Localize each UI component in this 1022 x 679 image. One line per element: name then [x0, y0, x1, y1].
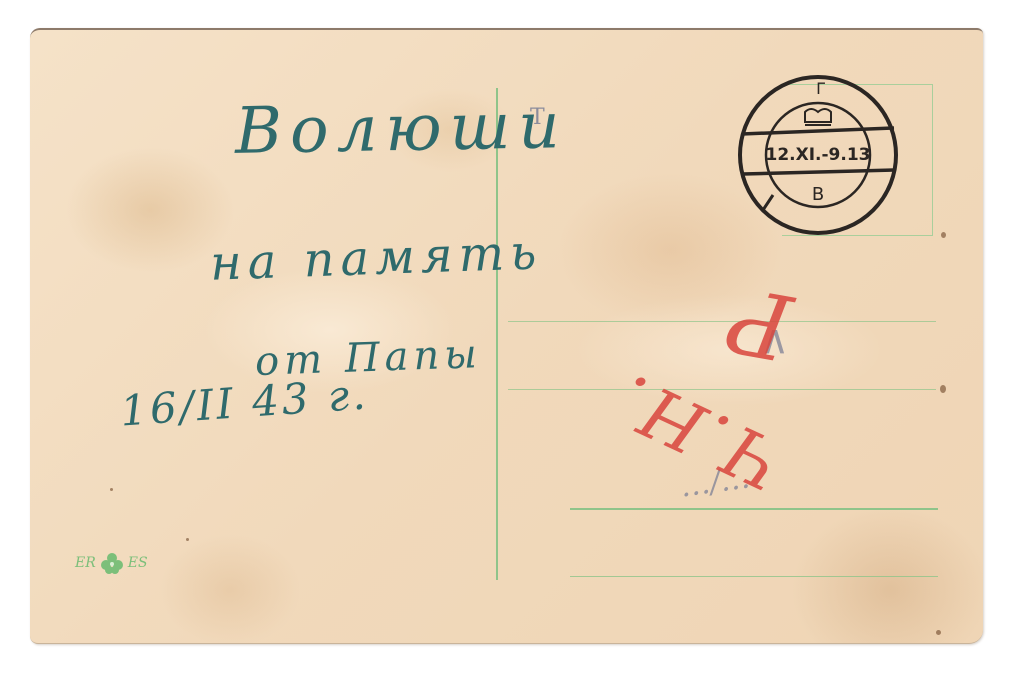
flower-icon — [100, 551, 124, 575]
crown-icon — [805, 109, 831, 125]
postcard: Волюши на память от Папы 16/II 43 г. Т …… — [30, 28, 983, 644]
postmark: 12.XI.-9.13 B Г — [733, 70, 903, 240]
address-line-2 — [508, 389, 936, 390]
address-line-1 — [508, 321, 936, 322]
pencil-top-mark: Т — [530, 105, 545, 130]
stain-spot — [940, 385, 946, 393]
publisher-logo: ER ES — [75, 551, 148, 575]
postmark-circle-icon: 12.XI.-9.13 B Г — [733, 70, 903, 240]
address-line-4 — [570, 576, 938, 577]
svg-text:12.XI.-9.13: 12.XI.-9.13 — [765, 145, 870, 165]
stain-spot — [110, 488, 113, 491]
handwriting-line-2: на память — [209, 224, 543, 292]
stain-spot — [186, 538, 189, 541]
svg-text:B: B — [812, 184, 824, 205]
stain-spot — [941, 232, 946, 238]
handwriting-date: 16/II 43 г. — [119, 369, 370, 435]
address-line-3 — [570, 508, 938, 510]
logo-left-text: ER — [75, 555, 96, 571]
handwriting-line-1: Волюши — [234, 89, 568, 169]
logo-right-text: ES — [128, 555, 148, 571]
svg-text:Г: Г — [816, 79, 826, 98]
stain-spot — [936, 630, 941, 635]
